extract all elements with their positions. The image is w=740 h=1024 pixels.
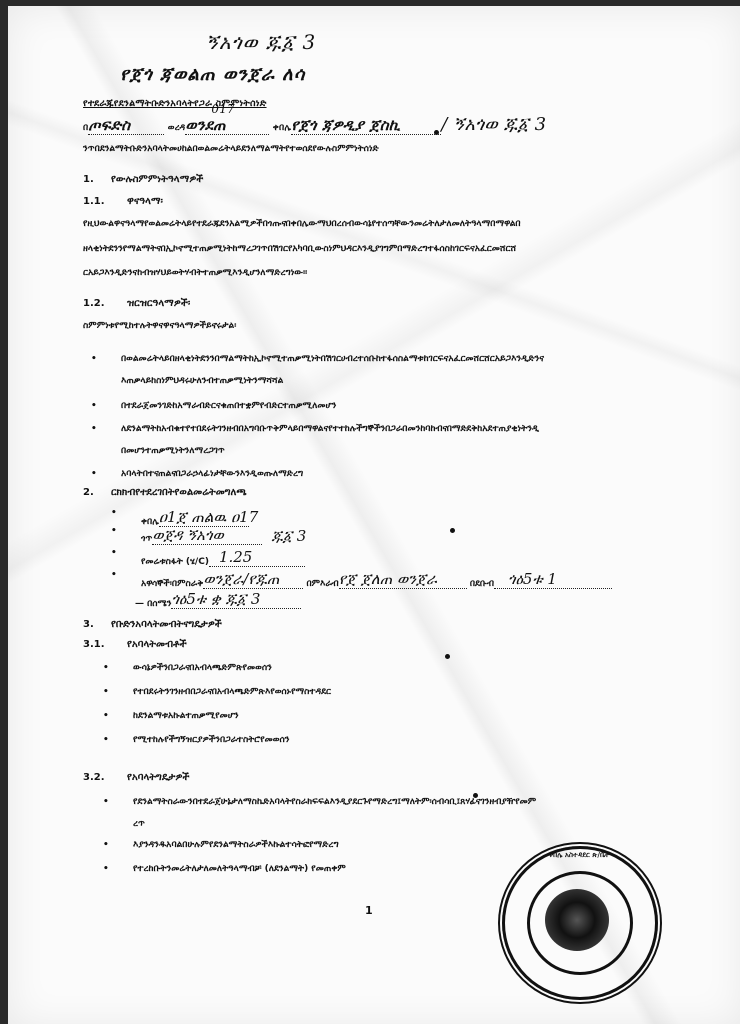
rights-bullet-4: የሚተከሉየችግኝዝርያዎችንበጋራተስትሮየመወሰን <box>133 735 290 745</box>
intro-sentence: ንጥበደንልማትቡድንአባላትመሀከልበወልመሬትላይደንለማልማትየተወሰደየ… <box>83 144 379 154</box>
section-1-heading: 1.የውሉስምምነትዓላማዎች <box>83 174 203 185</box>
intro-label-wereda: ወረዳ <box>168 123 186 133</box>
intro-value-kebele: የጀጎ ጃዎዲያ ጀስኪ <box>291 116 400 134</box>
speck <box>450 528 455 533</box>
section-3-heading: 3.የቡድንአባላትመብትናግዴታዎች <box>83 619 222 630</box>
document-page: ኝአጎወ ጁ፩ 3 የጀጎ ጃወልጠ ወንጀራ ለሳ የተደራጁየደንልማትቡድ… <box>8 6 740 1024</box>
objective-bullet-3: ለደንልማትከአብቁተየተበደሩትገንዘብበአግባቡጥቅምላይበማዋልናየተተከ… <box>121 424 539 456</box>
official-stamp: ቀበሌ አስተዳደር ጽ/ቤት <box>502 846 658 1000</box>
section-2-heading: 2.ርክክብየተደረገበትየወልመሬትመግለጫ <box>83 487 247 498</box>
land-field-got: ጎጥወጀዳ ኝአጎወ ጁ፩ 3 <box>141 526 306 545</box>
speck <box>473 793 478 798</box>
section-3-1-heading: 3.1.የአባላትመብቶች <box>83 639 187 650</box>
section-1-2-heading: 1.2.ዝርዝርዓላማዎች፡ <box>83 298 190 309</box>
section-1-1-paragraph-line-2: ዘላቂነትደንንየማልማትናበኢኮኖሚተጠቃሚነትከማረጋገጥበሽገርየአካባቢ… <box>83 244 516 254</box>
duties-bullet-1: የደንልማትስራውንበተደራጀሁኔታለማስኬድአባላትየስራክፍፍልእንዲያደር… <box>133 797 536 829</box>
section-1-1-paragraph-line-3: ርአይጋእንዲድንናከብዝሃህይወትሃብትተጠቃሚእንዲሆንለማድረግነው። <box>83 268 307 278</box>
handwritten-header: ኝአጎወ ጁ፩ 3 <box>206 30 316 54</box>
document-title: የተደራጁየደንልማትቡድንአባላትየጋራ ስምምነትሰነድ <box>83 98 267 109</box>
intro-line: በጦፍድስ ወረዳወንደጠ017 ቀበሌየጀጎ ጃዎዲያ ጀስኪ/ ኝአጎወ ጁ… <box>83 114 723 135</box>
intro-value-date: ጦፍድስ <box>88 116 130 134</box>
objective-bullet-1: በወልመሬትላይበዘላቂነትደንንበማልማትከኢኮኖሚተጠቃሚነትበሽገርሀብረ… <box>121 354 544 386</box>
stamp-text: ቀበሌ አስተዳደር ጽ/ቤት <box>509 851 649 860</box>
duties-bullet-3: የተረከቡትንመሬትለታለመለትዓላማብቻ (ለደንልማት) የመጠቀም <box>133 864 346 874</box>
intro-superscript: 017 <box>211 102 235 116</box>
land-field-area: የመሬቱስፋት (ሄ/C)1.25 <box>141 548 305 567</box>
land-field-north: — በሰሜንጎዕ5ቱ ቋ ጁ፩ 3 <box>135 590 301 609</box>
intro-label-kebele: ቀበሌ <box>273 123 291 133</box>
section-1-1-paragraph-line-1: የዚህውልዋናዓላማየወልመሬትላይየተደራጁደንአልሚዎችበጎጡናበቀበሌውማ… <box>83 219 521 229</box>
land-field-kebele: ቀበሌዐ1ጀ ጠልዉ ዐ17 <box>141 508 249 527</box>
page-number: 1 <box>365 904 373 917</box>
speck <box>445 654 450 659</box>
land-field-boundaries: አዋሳኞች፡በምስራቅወንጀራ/የጁጠ በምእራብየጀ ጀለጠ ወንጀራ በደቡ… <box>141 570 612 589</box>
section-1-2-intro: ስምምነቱየሚከተሉትዋናዋናዓላማዎችይኖሩታል፡ <box>83 321 236 331</box>
section-1-1-heading: 1.1.ዋናዓላማ፡ <box>83 196 163 207</box>
intro-value-wereda: ወንደጠ <box>185 116 225 134</box>
intro-handwritten-after: / ኝአጎወ ጁ፩ 3 <box>441 114 546 135</box>
objective-bullet-4: አባላትበተናጠልናበጋራኃላፊነታቸውንእንዲወጡለማድረግ <box>121 469 303 479</box>
stamp-emblem <box>545 889 609 951</box>
objective-bullet-2: በተደራጀመንገድከአማራብድርናቁጠበተቋምየብድርተጠቃሚለመሆን <box>121 401 336 411</box>
speck <box>434 130 439 135</box>
rights-bullet-3: ከደንልማቱአኩልተጠቃሚየመሆን <box>133 711 239 721</box>
duties-bullet-2: እያንዳንዱአባልበሁሉምየደንልማትስራዎችእኩልተሳትፎየማድረግ <box>133 840 339 850</box>
handwritten-subtitle: የጀጎ ጃወልጠ ወንጀራ ለሳ <box>120 64 305 85</box>
rights-bullet-1: ውሳኔዎችንበጋራናበአብላጫድምጽየመወሰን <box>133 663 272 673</box>
section-3-2-heading: 3.2.የአባላትግዴታዎች <box>83 772 189 783</box>
rights-bullet-2: የተበደሩትንገንዘብበጋራናበአብላጫድምጽእየወሰኑየማስተዳደር <box>133 687 331 697</box>
